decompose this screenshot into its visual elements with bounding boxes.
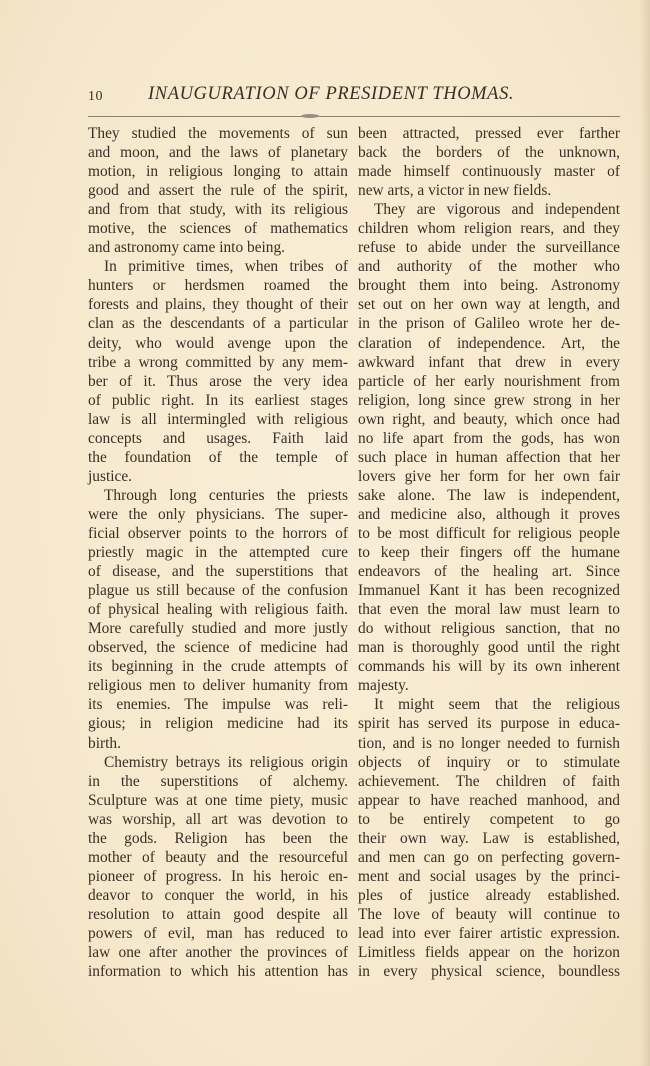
text-line: brought them into being. Astronomy (358, 276, 620, 295)
book-page: 10 INAUGURATION OF PRESIDENT THOMAS. The… (0, 0, 650, 1066)
text-line: in the superstitions of alchemy. (88, 772, 348, 791)
text-line: lovers give her form for her own fair (358, 467, 620, 486)
text-line: Through long centuries the priests (88, 486, 348, 505)
text-line: new arts, a victor in new fields. (358, 181, 620, 200)
text-line: the gods. Religion has been the (88, 829, 348, 848)
text-line: in every physical science, boundless (358, 962, 620, 981)
text-line: lead into ever fairer artistic expressio… (358, 924, 620, 943)
running-title: INAUGURATION OF PRESIDENT THOMAS. (148, 84, 514, 105)
text-line: The love of beauty will continue to (358, 905, 620, 924)
text-line: man is thoroughly good until the right (358, 638, 620, 657)
text-line: information to which his attention has (88, 962, 348, 981)
text-line: religion, long since grew strong in her (358, 391, 620, 410)
text-line: pioneer of progress. In his heroic en- (88, 867, 348, 886)
text-line: Limitless fields appear on the horizon (358, 943, 620, 962)
text-line: and men can go on perfecting govern- (358, 848, 620, 867)
text-line: Immanuel Kant it has been recognized (358, 581, 620, 600)
text-line: their own way. Law is established, (358, 829, 620, 848)
page-number: 10 (88, 89, 103, 105)
text-line: were the only physicians. The super- (88, 505, 348, 524)
rule-ornament (301, 114, 319, 118)
text-line: ficial observer points to the horrors of (88, 524, 348, 543)
text-line: was worship, all art was devotion to (88, 810, 348, 829)
text-line: endeavors of the healing art. Since (358, 562, 620, 581)
text-line: that even the moral law must learn to (358, 600, 620, 619)
text-line: tribe a wrong committed by any mem- (88, 353, 348, 372)
text-column-right: been attracted, pressed ever fartherback… (358, 124, 620, 981)
text-line: and astronomy came into being. (88, 238, 348, 257)
text-line: been attracted, pressed ever farther (358, 124, 620, 143)
text-line: children whom religion rears, and they (358, 219, 620, 238)
text-line: deity, who would avenge upon the (88, 334, 348, 353)
header-rule (88, 116, 620, 117)
page-edge-shadow (640, 0, 650, 1066)
text-line: and medicine also, although it proves (358, 505, 620, 524)
text-line: majesty. (358, 676, 620, 695)
text-line: achievement. The children of faith (358, 772, 620, 791)
text-line: set out on her own way at length, and (358, 295, 620, 314)
text-line: spirit has served its purpose in educa- (358, 714, 620, 733)
text-line: mother of beauty and the resourceful (88, 848, 348, 867)
text-line: no life apart from the gods, has won (358, 429, 620, 448)
text-line: law is all intermingled with religious (88, 410, 348, 429)
text-line: to be entirely competent to go (358, 810, 620, 829)
text-line: and from that study, with its religious (88, 200, 348, 219)
text-line: observed, the science of medicine had (88, 638, 348, 657)
text-line: They are vigorous and independent (358, 200, 620, 219)
text-line: particle of her early nourishment from (358, 372, 620, 391)
text-line: of disease, and the superstitions that (88, 562, 348, 581)
text-line: plague us still because of the confusion (88, 581, 348, 600)
text-column-left: They studied the movements of sunand moo… (88, 124, 348, 981)
text-line: birth. (88, 734, 348, 753)
text-line: back the borders of the unknown, (358, 143, 620, 162)
text-line: religious men to deliver humanity from (88, 676, 348, 695)
text-line: good and assert the rule of the spirit, (88, 181, 348, 200)
text-line: refuse to abide under the surveillance (358, 238, 620, 257)
text-line: Chemistry betrays its religious origin (88, 753, 348, 772)
running-head: 10 INAUGURATION OF PRESIDENT THOMAS. (88, 84, 620, 108)
text-line: its beginning in the crude attempts of (88, 657, 348, 676)
text-line: More carefully studied and more justly (88, 619, 348, 638)
text-line: own right, and beauty, which once had (358, 410, 620, 429)
text-line: sake alone. The law is independent, (358, 486, 620, 505)
text-line: deavor to conquer the world, in his (88, 886, 348, 905)
text-line: They studied the movements of sun (88, 124, 348, 143)
text-line: to keep their fingers off the humane (358, 543, 620, 562)
text-line: concepts and usages. Faith laid (88, 429, 348, 448)
text-line: clan as the descendants of a particular (88, 314, 348, 333)
text-line: priestly magic in the attempted cure (88, 543, 348, 562)
text-line: In primitive times, when tribes of (88, 257, 348, 276)
text-line: claration of independence. Art, the (358, 334, 620, 353)
text-line: resolution to attain good despite all (88, 905, 348, 924)
text-line: to be most difficult for religious peopl… (358, 524, 620, 543)
text-line: its enemies. The impulse was reli- (88, 695, 348, 714)
text-line: It might seem that the religious (358, 695, 620, 714)
text-line: tion, and is no longer needed to furnish (358, 734, 620, 753)
text-line: such place in human affection that her (358, 448, 620, 467)
text-line: commands his will by its own inherent (358, 657, 620, 676)
text-line: ber of it. Thus arose the very idea (88, 372, 348, 391)
text-line: ples of justice already established. (358, 886, 620, 905)
text-line: motion, in religious longing to attain (88, 162, 348, 181)
text-line: gious; in religion medicine had its (88, 714, 348, 733)
text-line: Sculpture was at one time piety, music (88, 791, 348, 810)
text-line: motive, the sciences of mathematics (88, 219, 348, 238)
text-line: ment and social usages by the princi- (358, 867, 620, 886)
text-line: of physical healing with religious faith… (88, 600, 348, 619)
text-line: justice. (88, 467, 348, 486)
text-line: in the prison of Galileo wrote her de- (358, 314, 620, 333)
text-line: of public right. In its earliest stages (88, 391, 348, 410)
text-line: made himself continuously master of (358, 162, 620, 181)
text-line: forests and plains, they thought of thei… (88, 295, 348, 314)
text-line: awkward infant that drew in every (358, 353, 620, 372)
text-line: appear to have reached manhood, and (358, 791, 620, 810)
text-line: the foundation of the temple of (88, 448, 348, 467)
text-line: and moon, and the laws of planetary (88, 143, 348, 162)
text-line: hunters or herdsmen roamed the (88, 276, 348, 295)
text-line: objects of inquiry or to stimulate (358, 753, 620, 772)
text-line: and authority of the mother who (358, 257, 620, 276)
text-line: law one after another the provinces of (88, 943, 348, 962)
text-line: do without religious sanction, that no (358, 619, 620, 638)
text-line: powers of evil, man has reduced to (88, 924, 348, 943)
